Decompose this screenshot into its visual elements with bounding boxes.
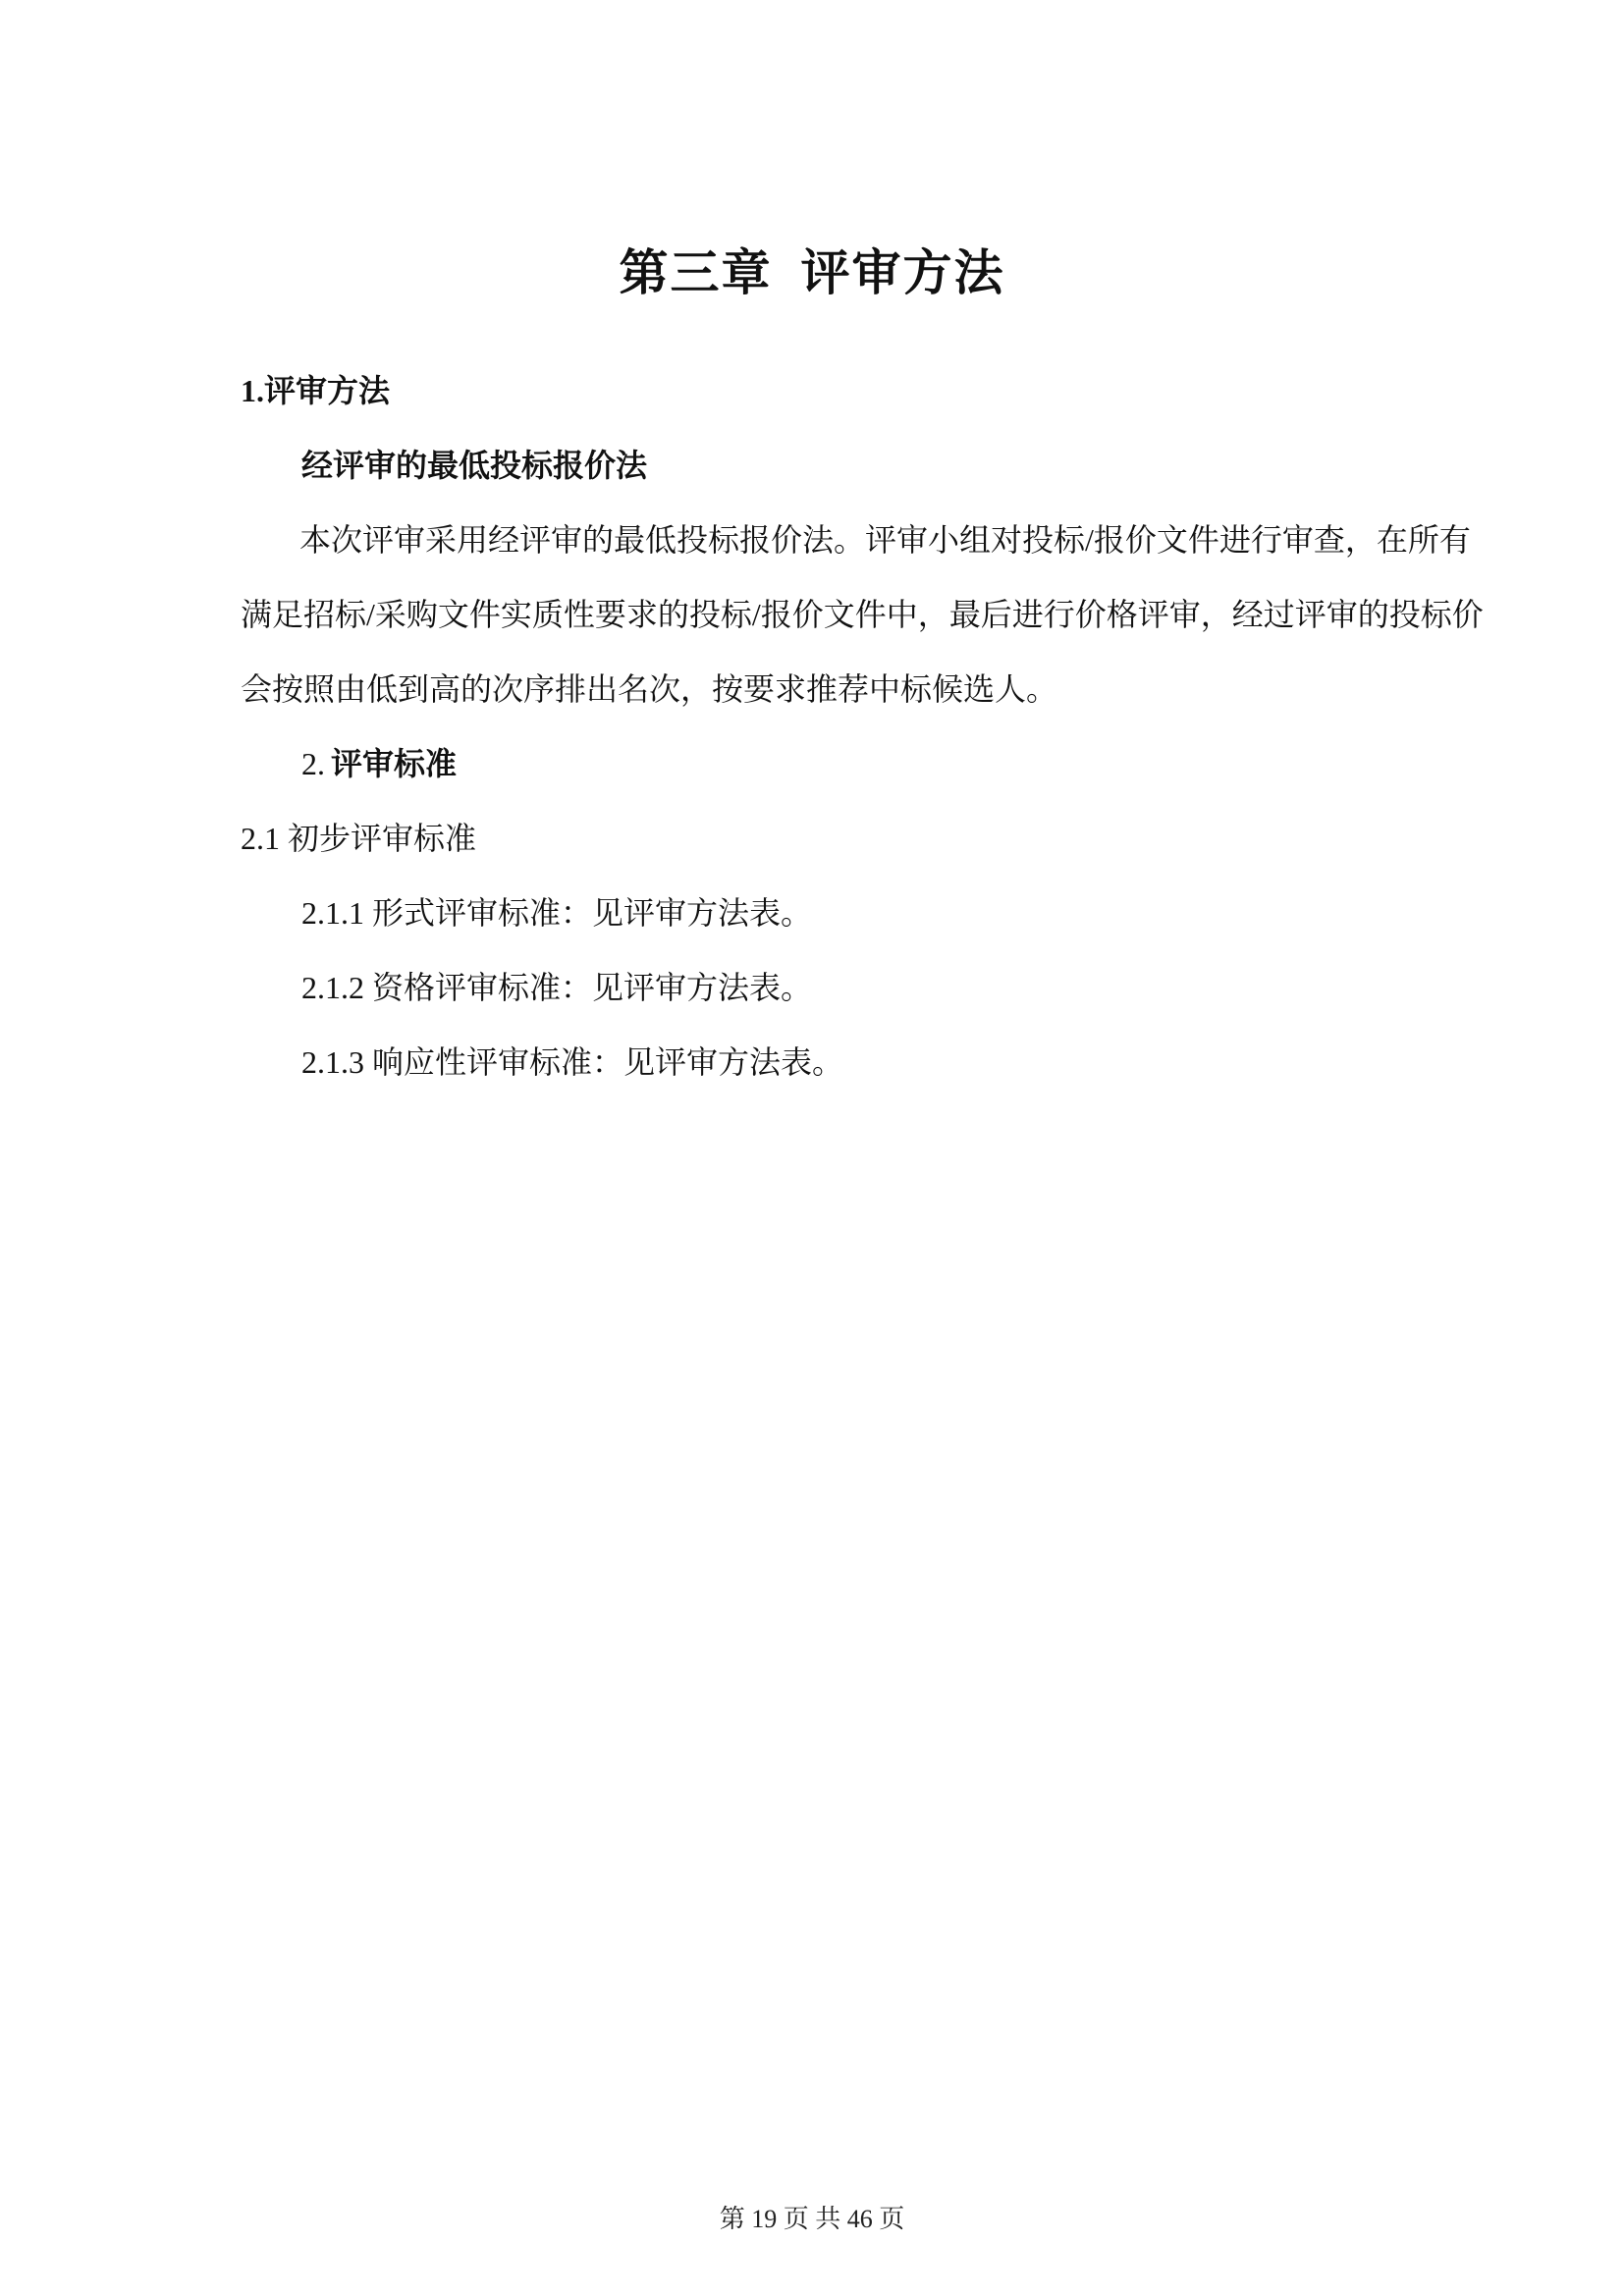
section-2-number: 2. — [301, 746, 325, 781]
paragraph-line-3: 会按照由低到高的次序排出名次，按要求推荐中标候选人。 — [241, 652, 1463, 726]
evaluation-method-subheading: 经评审的最低投标报价法 — [241, 428, 1463, 503]
document-body: 1.评审方法 经评审的最低投标报价法 本次评审采用经评审的最低投标报价法。评审小… — [241, 353, 1463, 1099]
document-page: 第三章 评审方法 1.评审方法 经评审的最低投标报价法 本次评审采用经评审的最低… — [0, 0, 1624, 2296]
section-2-label: 评审标准 — [331, 746, 457, 781]
section-2-1-heading: 2.1 初步评审标准 — [241, 801, 1463, 876]
chapter-title: 第三章 评审方法 — [0, 243, 1624, 302]
section-1-heading: 1.评审方法 — [241, 353, 1463, 428]
item-2-1-3: 2.1.3 响应性评审标准：见评审方法表。 — [241, 1025, 1463, 1099]
page-number-footer: 第 19 页 共 46 页 — [0, 2199, 1624, 2235]
paragraph-line-2: 满足招标/采购文件实质性要求的投标/报价文件中，最后进行价格评审，经过评审的投标… — [241, 577, 1463, 652]
item-2-1-1: 2.1.1 形式评审标准：见评审方法表。 — [241, 876, 1463, 950]
item-2-1-2: 2.1.2 资格评审标准：见评审方法表。 — [241, 950, 1463, 1025]
paragraph-line-1: 本次评审采用经评审的最低投标报价法。评审小组对投标/报价文件进行审查，在所有 — [241, 503, 1463, 577]
section-2-heading: 2.评审标准 — [241, 726, 1463, 801]
